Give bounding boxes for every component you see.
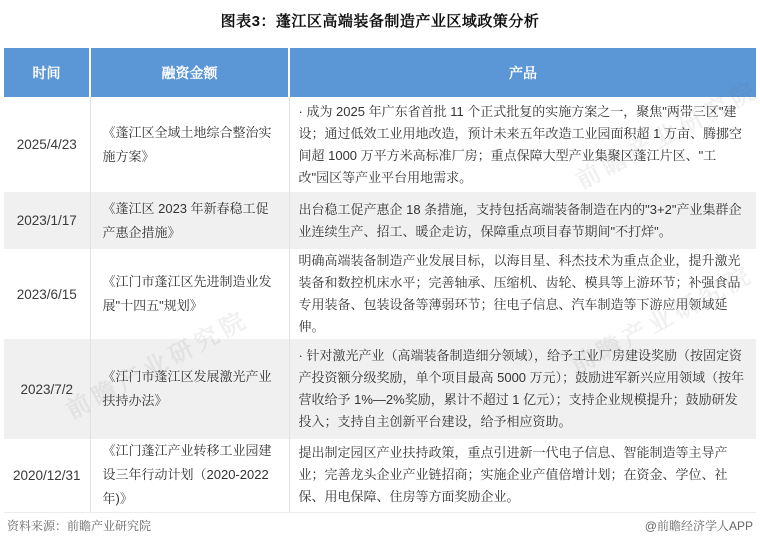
cell-product: · 针对激光产业（高端装备制造细分领域），给予工业厂房建设奖励（按固定资产投资额… <box>289 339 756 439</box>
table-header-row: 时间 融资金额 产品 <box>4 48 756 97</box>
cell-date: 2023/6/15 <box>4 249 90 339</box>
cell-policy: 《江门市蓬江区先进制造业发展"十四五"规划》 <box>90 249 289 339</box>
table-row: 2023/1/17 《蓬江区 2023 年新春稳工促产惠企措施》 出台稳工促产惠… <box>4 192 756 249</box>
figure-footer: 资料来源：前瞻产业研究院 @前瞻经济学人APP <box>7 517 753 534</box>
cell-policy: 《蓬江区 2023 年新春稳工促产惠企措施》 <box>90 192 289 249</box>
cell-date: 2023/7/2 <box>4 339 90 439</box>
cell-policy: 《蓬江区全域土地综合整治实施方案》 <box>90 97 289 192</box>
table-row: 2023/7/2 《江门市蓬江区发展激光产业扶持办法》 · 针对激光产业（高端装… <box>4 339 756 439</box>
cell-policy: 《江门蓬江产业转移工业园建设三年行动计划（2020-2022年)》 <box>90 439 289 512</box>
brand-note: @前瞻经济学人APP <box>645 517 753 534</box>
cell-product: · 成为 2025 年广东省首批 11 个正式批复的实施方案之一，聚焦"两带三区… <box>289 97 756 192</box>
cell-date: 2023/1/17 <box>4 192 90 249</box>
column-header-product: 产品 <box>289 48 756 97</box>
chart-title: 图表3：蓬江区高端装备制造产业区域政策分析 <box>0 10 760 31</box>
cell-product: 出台稳工促产惠企 18 条措施，支持包括高端装备制造在内的"3+2"产业集群企业… <box>289 192 756 249</box>
figure-page: 图表3：蓬江区高端装备制造产业区域政策分析 时间 融资金额 产品 2025/4/… <box>0 0 760 550</box>
cell-date: 2020/12/31 <box>4 439 90 512</box>
column-header-time: 时间 <box>4 48 90 97</box>
policy-table: 时间 融资金额 产品 2025/4/23 《蓬江区全域土地综合整治实施方案》 ·… <box>4 48 756 513</box>
cell-product: 明确高端装备制造产业发展目标，以海目星、科杰技术为重点企业，提升激光装备和数控机… <box>289 249 756 339</box>
cell-date: 2025/4/23 <box>4 97 90 192</box>
source-note: 资料来源：前瞻产业研究院 <box>7 517 151 534</box>
table-row: 2025/4/23 《蓬江区全域土地综合整治实施方案》 · 成为 2025 年广… <box>4 97 756 192</box>
column-header-financing: 融资金额 <box>90 48 289 97</box>
cell-policy: 《江门市蓬江区发展激光产业扶持办法》 <box>90 339 289 439</box>
table-row: 2020/12/31 《江门蓬江产业转移工业园建设三年行动计划（2020-202… <box>4 439 756 512</box>
cell-product: 提出制定园区产业扶持政策，重点引进新一代电子信息、智能制造等主导产业；完善龙头企… <box>289 439 756 512</box>
table-row: 2023/6/15 《江门市蓬江区先进制造业发展"十四五"规划》 明确高端装备制… <box>4 249 756 339</box>
